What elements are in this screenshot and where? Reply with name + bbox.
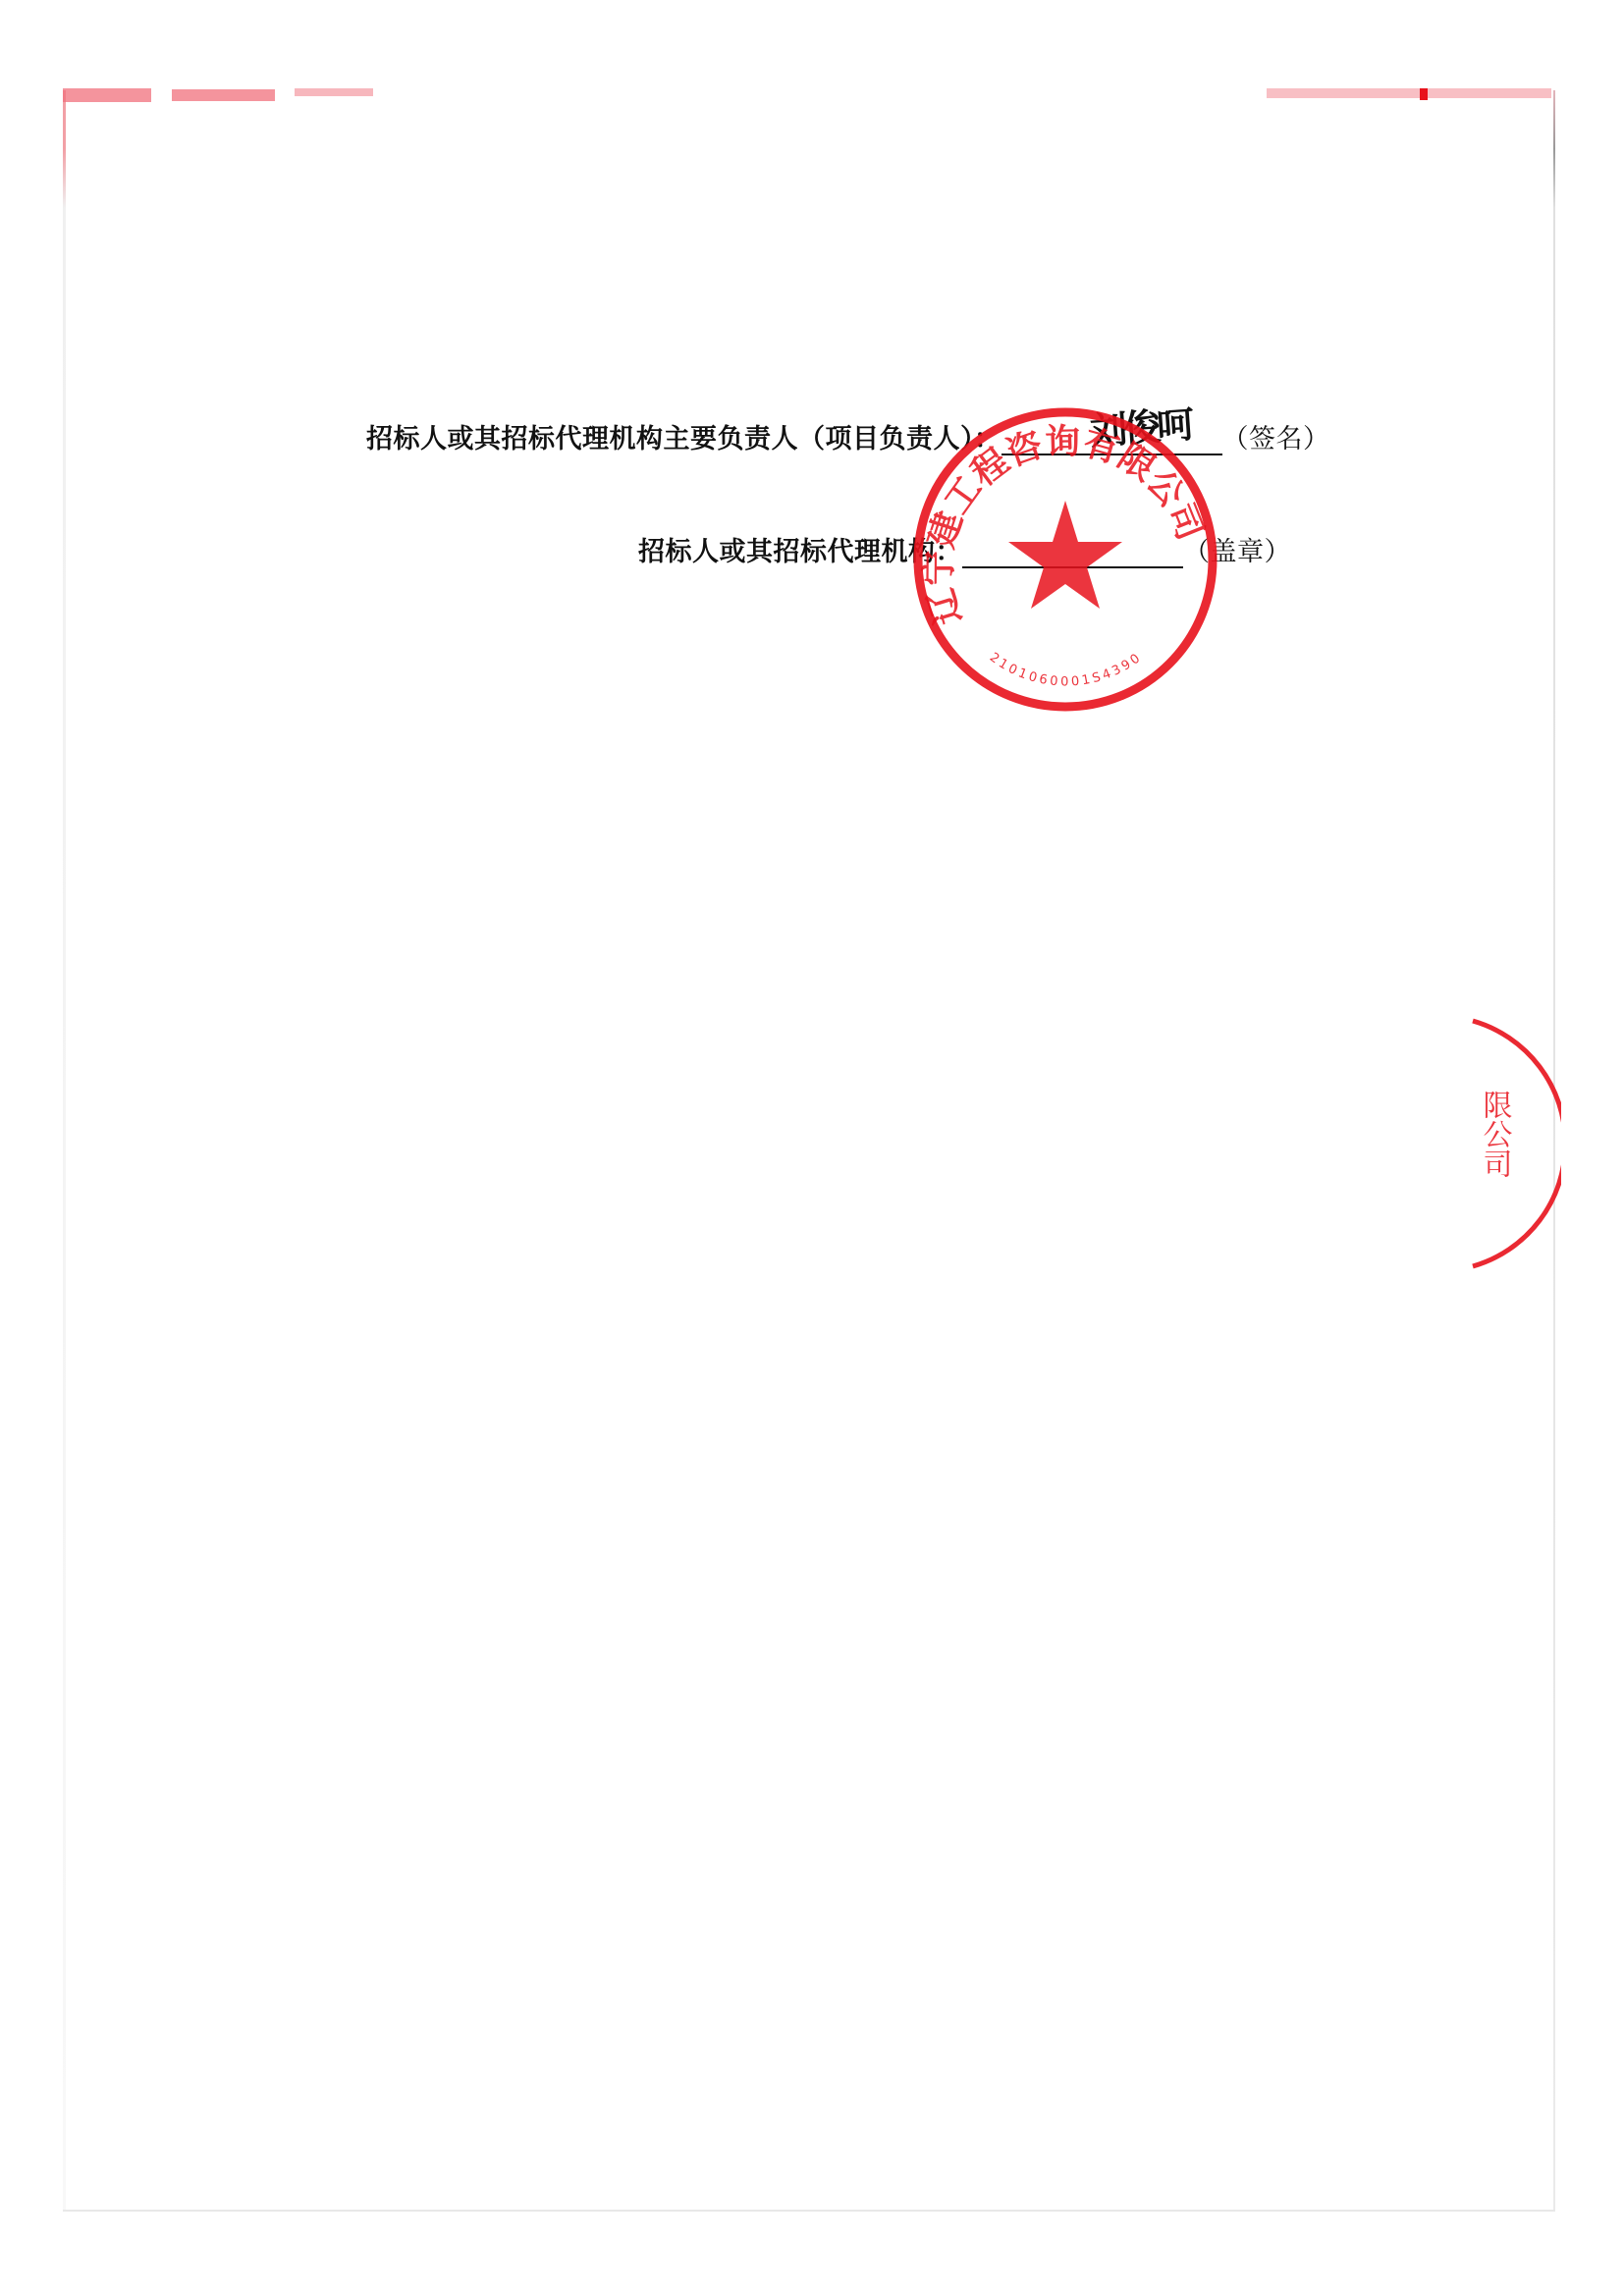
partial-seal-text: 限公司 [1478, 1090, 1513, 1178]
page-edge-bottom [63, 2210, 1555, 2212]
partial-seal: 限公司 [1463, 1011, 1561, 1276]
page-edge-left [63, 90, 66, 2211]
seal-bleed-mark [295, 88, 373, 96]
seal-code: 2101060001S4390 [987, 650, 1146, 690]
seal-bleed-mark [172, 89, 275, 101]
seal-bleed-mark [63, 88, 151, 102]
seal-bleed-mark [1420, 88, 1428, 100]
seal-bleed-mark [1267, 88, 1551, 98]
signature-line-label: 招标人或其招标代理机构主要负责人（项目负责人）： [366, 424, 1001, 454]
signature-suffix: （签名） [1222, 424, 1330, 454]
company-seal: 辽宁建工程咨询有限公司 2101060001S4390 [908, 402, 1222, 717]
star-icon [1008, 501, 1122, 609]
